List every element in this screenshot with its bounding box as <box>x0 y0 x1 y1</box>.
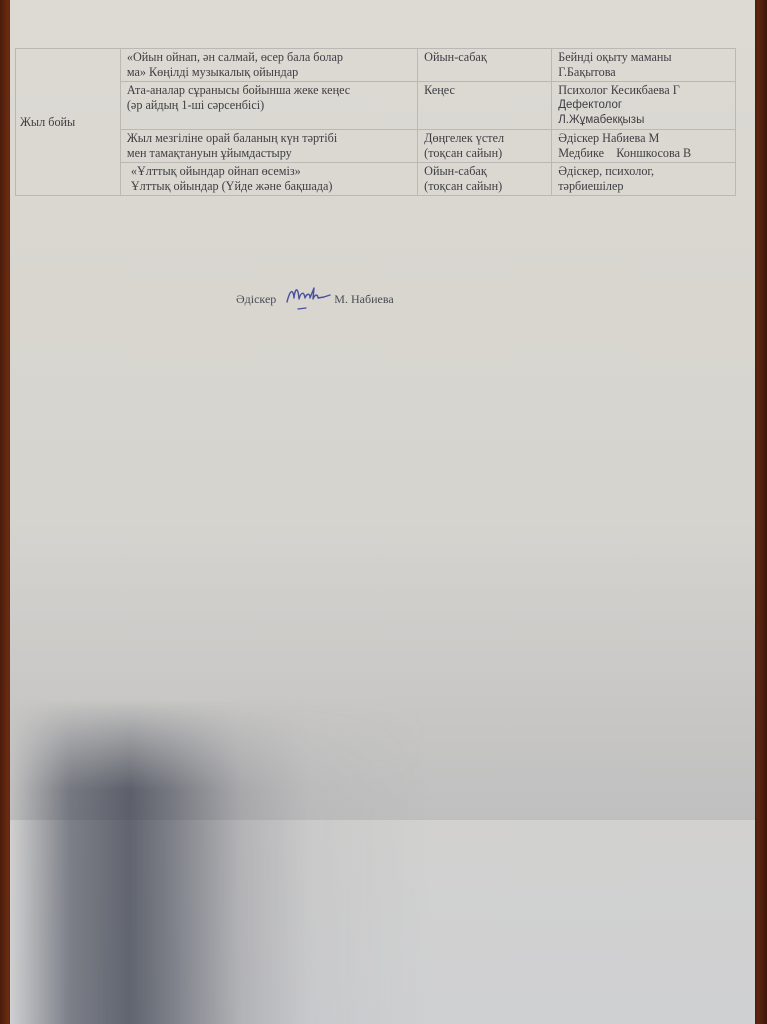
responsible-cell: Психолог Кесикбаева Г Дефектолог Л.Жұмаб… <box>552 82 736 130</box>
table-row: Ата-аналар сұранысы бойынша жеке кеңес (… <box>16 82 736 130</box>
form-cell: Ойын-сабақ (тоқсан сайын) <box>418 163 552 196</box>
photo-shadow <box>10 700 755 1024</box>
form-cell: Дөңгелек үстел (тоқсан сайын) <box>418 130 552 163</box>
handwritten-signature-icon <box>284 286 332 312</box>
responsible-text: Медбике Коншкосова В <box>558 146 729 161</box>
responsible-cell: Бейнді оқыту маманы Г.Бақытова <box>552 49 736 82</box>
responsible-text: Дефектолог <box>558 98 729 113</box>
table-row: Жыл бойы «Ойын ойнап, ән салмай, өсер ба… <box>16 49 736 82</box>
form-text: Ойын-сабақ <box>424 50 545 65</box>
responsible-text: Бейнді оқыту маманы <box>558 50 729 65</box>
responsible-text: тәрбиешілер <box>558 179 729 194</box>
period-label: Жыл бойы <box>20 115 75 129</box>
responsible-text: Психолог Кесикбаева Г <box>558 83 729 98</box>
signature-block: Әдіскер М. Набиева <box>236 286 394 312</box>
responsible-text: Әдіскер, психолог, <box>558 164 729 179</box>
event-text: ма» Көңілді музыкалық ойындар <box>127 65 411 80</box>
period-cell: Жыл бойы <box>16 49 121 196</box>
event-text: мен тамақтануын ұйымдастыру <box>127 146 411 161</box>
form-text: Кеңес <box>424 83 545 98</box>
event-text: «Ойын ойнап, ән салмай, өсер бала болар <box>127 50 411 65</box>
event-text: (әр айдың 1-ші сәрсенбісі) <box>127 98 411 113</box>
form-text: Ойын-сабақ <box>424 164 545 179</box>
event-text: Ата-аналар сұранысы бойынша жеке кеңес <box>127 83 411 98</box>
form-cell: Ойын-сабақ <box>418 49 552 82</box>
form-cell: Кеңес <box>418 82 552 130</box>
event-text: Ұлттық ойындар (Үйде және бақшада) <box>127 179 411 194</box>
signature-name: М. Набиева <box>334 292 393 307</box>
form-text: (тоқсан сайын) <box>424 146 545 161</box>
responsible-cell: Әдіскер Набиева М Медбике Коншкосова В <box>552 130 736 163</box>
table-row: «Ұлттық ойындар ойнап өсеміз» Ұлттық ойы… <box>16 163 736 196</box>
event-text: Жыл мезгіліне орай баланың күн тәртібі <box>127 131 411 146</box>
event-cell: Ата-аналар сұранысы бойынша жеке кеңес (… <box>120 82 417 130</box>
event-cell: «Ойын ойнап, ән салмай, өсер бала болар … <box>120 49 417 82</box>
form-text: (тоқсан сайын) <box>424 179 545 194</box>
form-text: Дөңгелек үстел <box>424 131 545 146</box>
responsible-cell: Әдіскер, психолог, тәрбиешілер <box>552 163 736 196</box>
signature-role: Әдіскер <box>236 292 276 307</box>
event-text: «Ұлттық ойындар ойнап өсеміз» <box>127 164 411 179</box>
event-cell: Жыл мезгіліне орай баланың күн тәртібі м… <box>120 130 417 163</box>
table-row: Жыл мезгіліне орай баланың күн тәртібі м… <box>16 130 736 163</box>
schedule-table: Жыл бойы «Ойын ойнап, ән салмай, өсер ба… <box>15 48 736 196</box>
responsible-text: Г.Бақытова <box>558 65 729 80</box>
responsible-text: Л.Жұмабекқызы <box>558 113 729 128</box>
responsible-text: Әдіскер Набиева М <box>558 131 729 146</box>
event-cell: «Ұлттық ойындар ойнап өсеміз» Ұлттық ойы… <box>120 163 417 196</box>
